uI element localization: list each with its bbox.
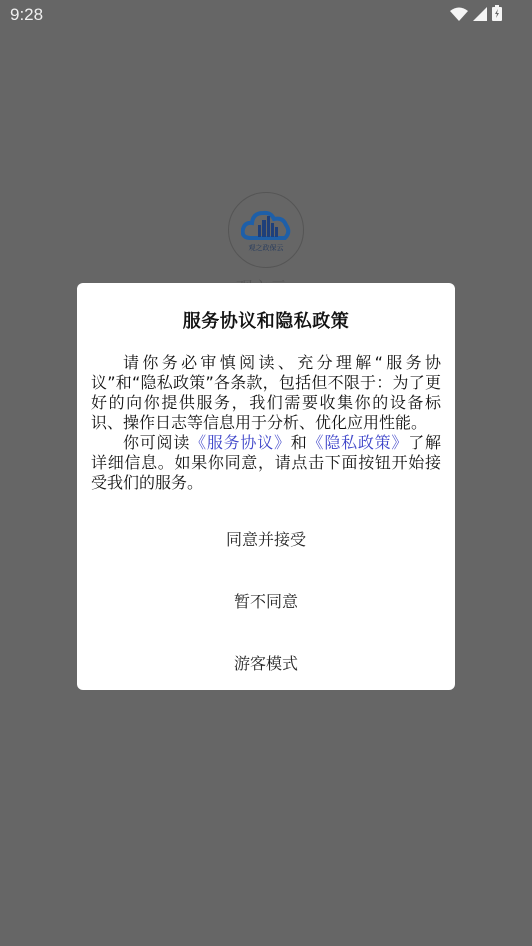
paragraph-text: 和	[291, 433, 308, 452]
service-agreement-link[interactable]: 《服务协议》	[190, 433, 291, 452]
cloud-city-icon	[241, 208, 291, 242]
dialog-title: 服务协议和隐私政策	[77, 307, 455, 333]
dialog-paragraph-2: 你可阅读《服务协议》和《隐私政策》了解详细信息。如果你同意，请点击下面按钮开始接…	[91, 433, 441, 493]
status-bar: 9:28	[0, 0, 532, 30]
guest-mode-button[interactable]: 游客模式	[77, 633, 455, 695]
privacy-dialog: 服务协议和隐私政策 请你务必审慎阅读、充分理解“服务协议”和“隐私政策”各条款，…	[77, 283, 455, 690]
battery-charging-icon	[492, 5, 502, 25]
disagree-button[interactable]: 暂不同意	[77, 571, 455, 633]
paragraph-text: 你可阅读	[123, 433, 190, 452]
agree-button[interactable]: 同意并接受	[77, 509, 455, 571]
screen: 9:28 观之政保云 观之云 服务协议和隐私政策 请你务必审慎阅读、	[0, 0, 532, 946]
dialog-body: 请你务必审慎阅读、充分理解“服务协议”和“隐私政策”各条款，包括但不限于：为了更…	[91, 353, 441, 493]
privacy-policy-link[interactable]: 《隐私政策》	[308, 433, 409, 452]
status-icons	[450, 5, 502, 25]
cellular-signal-icon	[473, 6, 487, 25]
dialog-paragraph-1: 请你务必审慎阅读、充分理解“服务协议”和“隐私政策”各条款，包括但不限于：为了更…	[91, 353, 441, 433]
app-logo: 观之政保云	[228, 192, 304, 268]
status-time: 9:28	[10, 5, 43, 25]
logo-text: 观之政保云	[249, 243, 284, 253]
wifi-icon	[450, 6, 468, 25]
dialog-actions: 同意并接受 暂不同意 游客模式	[77, 509, 455, 695]
